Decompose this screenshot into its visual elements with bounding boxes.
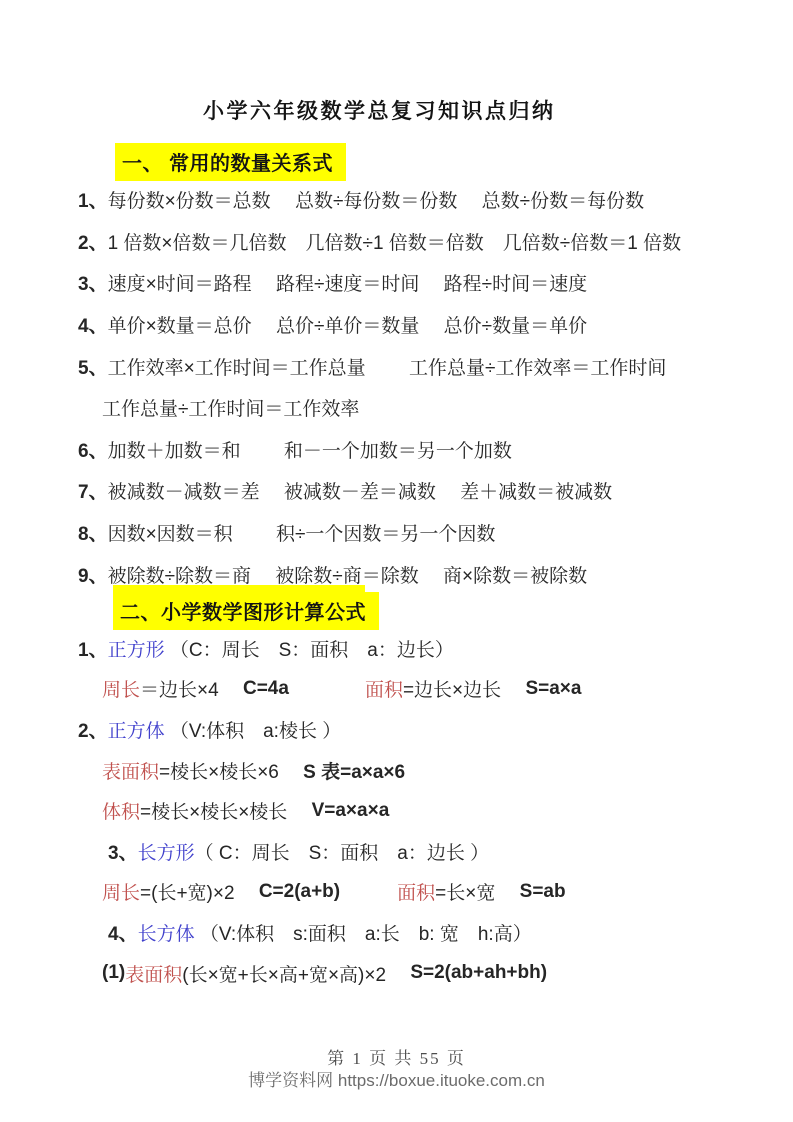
text-line: 2、1 倍数×倍数＝几倍数 几倍数÷1 倍数＝倍数 几倍数÷倍数＝1 倍数 [0, 221, 793, 263]
text-segment: （C：周长 S：面积 a：边长） [165, 635, 454, 662]
section-heading-1: 一、 常用的数量关系式 [115, 143, 346, 181]
text-line: 周长＝边长×4 C=4a 面积=边长×边长 S=a×a [0, 669, 793, 710]
text-segment: (1) [102, 962, 125, 984]
text-segment: C=2(a+b) [259, 881, 340, 903]
text-segment: （V:体积 a:棱长 ） [165, 716, 342, 743]
red-term: 表面积 [102, 757, 159, 784]
text-line: 1、正方形 （C：周长 S：面积 a：边长） [0, 628, 793, 669]
text-line: 4、单价×数量＝总价 总价÷单价＝数量 总价÷数量＝单价 [0, 304, 793, 346]
text-segment: S 表=a×a×6 [303, 757, 405, 784]
text-segment: 6、 [78, 436, 108, 463]
document-title: 小学六年级数学总复习知识点归纳 [203, 95, 556, 125]
section-2-lines: 1、正方形 （C：周长 S：面积 a：边长）周长＝边长×4 C=4a 面积=边长… [0, 628, 793, 993]
text-segment: 8、 [78, 519, 108, 546]
text-segment: 速度×时间＝路程 路程÷速度＝时间 路程÷时间＝速度 [108, 269, 588, 296]
text-line: 8、因数×因数＝积 积÷一个因数＝另一个因数 [0, 512, 793, 554]
text-segment: 加数＋加数＝和 和－一个加数＝另一个加数 [108, 436, 512, 463]
text-line: 5、工作效率×工作时间＝工作总量 工作总量÷工作效率＝工作时间 [0, 345, 793, 387]
text-segment: =长×宽 [435, 878, 519, 905]
red-term: 周长 [102, 675, 140, 702]
text-line: 1、每份数×份数＝总数 总数÷每份数＝份数 总数÷份数＝每份数 [0, 179, 793, 221]
red-term: 体积 [102, 797, 140, 824]
text-segment: S=2(ab+ah+bh) [410, 962, 547, 984]
red-term: 面积 [365, 675, 403, 702]
text-line: 3、速度×时间＝路程 路程÷速度＝时间 路程÷时间＝速度 [0, 262, 793, 304]
text-line: 体积=棱长×棱长×棱长 V=a×a×a [0, 790, 793, 831]
text-segment: =边长×边长 [403, 675, 525, 702]
text-line: 周长=(长+宽)×2 C=2(a+b) 面积=长×宽 S=ab [0, 872, 793, 913]
text-segment: 2、 [78, 716, 108, 743]
red-term: 表面积 [125, 960, 182, 987]
text-segment: 2、 [78, 228, 108, 255]
blue-term: 正方体 [108, 716, 165, 743]
text-segment: 工作总量÷工作时间＝工作效率 [102, 394, 359, 421]
text-segment: 7、 [78, 477, 108, 504]
blue-term: 正方形 [108, 635, 165, 662]
source-site: 博学资料网 https://boxue.ituoke.com.cn [0, 1066, 793, 1091]
text-segment: 1、 [78, 186, 108, 213]
text-segment: （ C：周长 S：面积 a：边长 ） [195, 838, 490, 865]
text-segment: (长×宽+长×高+宽×高)×2 [182, 960, 410, 987]
text-line: (1)表面积(长×宽+长×高+宽×高)×2 S=2(ab+ah+bh) [0, 953, 793, 994]
text-line: 工作总量÷工作时间＝工作效率 [0, 387, 793, 429]
text-segment: 3、 [108, 838, 138, 865]
text-segment: （V:体积 s:面积 a:长 b: 宽 h:高） [195, 919, 532, 946]
text-line: 表面积=棱长×棱长×6 S 表=a×a×6 [0, 750, 793, 791]
text-segment: 4、 [78, 311, 108, 338]
text-line: 2、正方体 （V:体积 a:棱长 ） [0, 709, 793, 750]
text-segment: 5、 [78, 353, 108, 380]
text-segment: =棱长×棱长×棱长 [140, 797, 312, 824]
text-line: 7、被减数－减数＝差 被减数－差＝减数 差＋减数＝被减数 [0, 470, 793, 512]
text-segment: C=4a [243, 678, 289, 700]
text-segment: 3、 [78, 269, 108, 296]
text-segment: 工作效率×工作时间＝工作总量 工作总量÷工作效率＝工作时间 [108, 353, 667, 380]
text-segment [340, 878, 397, 905]
text-segment [289, 675, 365, 702]
blue-term: 长方体 [138, 919, 195, 946]
text-segment: 被减数－减数＝差 被减数－差＝减数 差＋减数＝被减数 [108, 477, 613, 504]
document-page: 小学六年级数学总复习知识点归纳 一、 常用的数量关系式 1、每份数×份数＝总数 … [0, 0, 793, 1122]
text-segment: =棱长×棱长×6 [159, 757, 303, 784]
text-line: 6、加数＋加数＝和 和－一个加数＝另一个加数 [0, 429, 793, 471]
text-segment: 每份数×份数＝总数 总数÷每份数＝份数 总数÷份数＝每份数 [108, 186, 645, 213]
red-term: 周长 [102, 878, 140, 905]
text-segment: 1、 [78, 635, 108, 662]
text-segment: 单价×数量＝总价 总价÷单价＝数量 总价÷数量＝单价 [108, 311, 588, 338]
text-segment: 9、 [78, 561, 108, 588]
text-segment: V=a×a×a [312, 800, 390, 822]
red-term: 面积 [397, 878, 435, 905]
text-segment: 被除数÷除数＝商 被除数÷商＝除数 商×除数＝被除数 [108, 561, 588, 588]
section-1-lines: 1、每份数×份数＝总数 总数÷每份数＝份数 总数÷份数＝每份数2、1 倍数×倍数… [0, 179, 793, 595]
text-segment: =(长+宽)×2 [140, 878, 259, 905]
text-segment: ＝边长×4 [140, 675, 243, 702]
section-heading-2: 二、小学数学图形计算公式 [113, 592, 379, 630]
blue-term: 长方形 [138, 838, 195, 865]
text-segment: S=ab [520, 881, 566, 903]
text-segment: 4、 [108, 919, 138, 946]
text-segment: S=a×a [525, 678, 581, 700]
text-line: 3、长方形（ C：周长 S：面积 a：边长 ） [0, 831, 793, 872]
text-segment: 因数×因数＝积 积÷一个因数＝另一个因数 [108, 519, 496, 546]
text-line: 4、长方体 （V:体积 s:面积 a:长 b: 宽 h:高） [0, 912, 793, 953]
text-segment: 1 倍数×倍数＝几倍数 几倍数÷1 倍数＝倍数 几倍数÷倍数＝1 倍数 [108, 228, 682, 255]
